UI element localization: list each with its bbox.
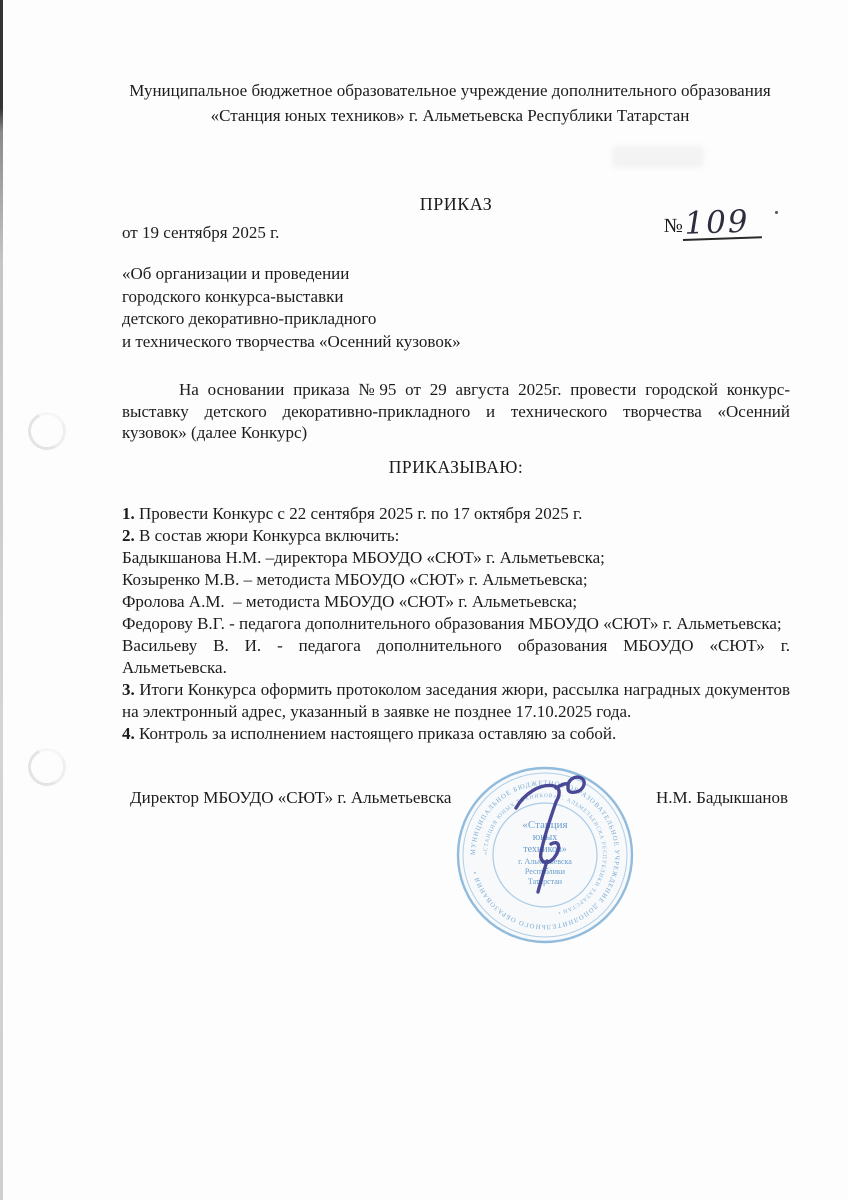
scanned-order-document: Муниципальное бюджетное образовательное …: [0, 0, 848, 1200]
punch-hole-bottom: [23, 743, 71, 791]
signatory-title: Директор МБОУДО «СЮТ» г. Альметьевска: [130, 788, 451, 808]
item-3-number: 3.: [122, 680, 135, 699]
organization-name-line2: «Станция юных техников» г. Альметьевска …: [90, 103, 810, 128]
signatory-name: Н.М. Бадыкшанов: [656, 788, 788, 808]
item-1-number: 1.: [122, 504, 135, 523]
jury-member: Козыренко М.В. – методиста МБОУДО «СЮТ» …: [122, 569, 790, 591]
resolve-heading: ПРИКАЗЫВАЮ:: [122, 457, 790, 478]
erased-smudge-artifact: [612, 146, 704, 168]
organization-name-line1: Муниципальное бюджетное образовательное …: [90, 78, 810, 103]
item-3-line2: на электронный адрес, указанный в заявке…: [122, 701, 790, 723]
subject-line: и технического творчества «Осенний кузов…: [122, 331, 682, 354]
order-number-handwritten: 109: [682, 206, 762, 241]
jury-member: Федорову В.Г. - педагога дополнительного…: [122, 613, 790, 635]
item-2-text: В состав жюри Конкурса включить:: [135, 526, 400, 545]
jury-member-line2: Альметьевска.: [122, 657, 790, 679]
item-3-text-line1: Итоги Конкурса оформить протоколом засед…: [135, 680, 790, 699]
subject-line: «Об организации и проведении: [122, 263, 682, 286]
organization-header: Муниципальное бюджетное образовательное …: [90, 78, 810, 128]
item-2: 2. В состав жюри Конкурса включить:: [122, 525, 790, 547]
order-subject: «Об организации и проведении городского …: [122, 263, 682, 353]
numero-sign: №: [664, 215, 683, 238]
punch-hole-top: [23, 407, 71, 455]
item-1: 1. Провести Конкурс с 22 сентября 2025 г…: [122, 503, 790, 525]
jury-member: Бадыкшанова Н.М. –директора МБОУДО «СЮТ»…: [122, 547, 790, 569]
preamble-line: кузовок» (далее Конкурс): [122, 422, 790, 444]
item-4: 4. Контроль за исполнением настоящего пр…: [122, 723, 790, 745]
item-4-number: 4.: [122, 724, 135, 743]
subject-line: детского декоративно-прикладного: [122, 308, 682, 331]
director-signature: [498, 766, 618, 896]
scan-edge-artifact: [0, 0, 3, 1200]
subject-line: городского конкурса-выставки: [122, 286, 682, 309]
item-3-line1: 3. Итоги Конкурса оформить протоколом за…: [122, 679, 790, 701]
preamble-line: На основании приказа №95 от 29 августа 2…: [122, 379, 790, 401]
ink-dot-artifact: [775, 211, 778, 214]
item-2-number: 2.: [122, 526, 135, 545]
date-number-row: от 19 сентября 2025 г. № 109: [122, 221, 790, 261]
order-date: от 19 сентября 2025 г.: [122, 223, 279, 243]
order-items: 1. Провести Конкурс с 22 сентября 2025 г…: [122, 503, 790, 745]
jury-member-line1: Васильеву В. И. - педагога дополнительно…: [122, 635, 790, 657]
jury-member: Фролова А.М. – методиста МБОУДО «СЮТ» г.…: [122, 591, 790, 613]
order-preamble: На основании приказа №95 от 29 августа 2…: [122, 379, 790, 444]
item-4-text: Контроль за исполнением настоящего прика…: [135, 724, 616, 743]
preamble-line: выставку детского декоративно-прикладног…: [122, 401, 790, 423]
order-number-group: № 109: [664, 209, 762, 241]
item-1-text: Провести Конкурс с 22 сентября 2025 г. п…: [135, 504, 583, 523]
